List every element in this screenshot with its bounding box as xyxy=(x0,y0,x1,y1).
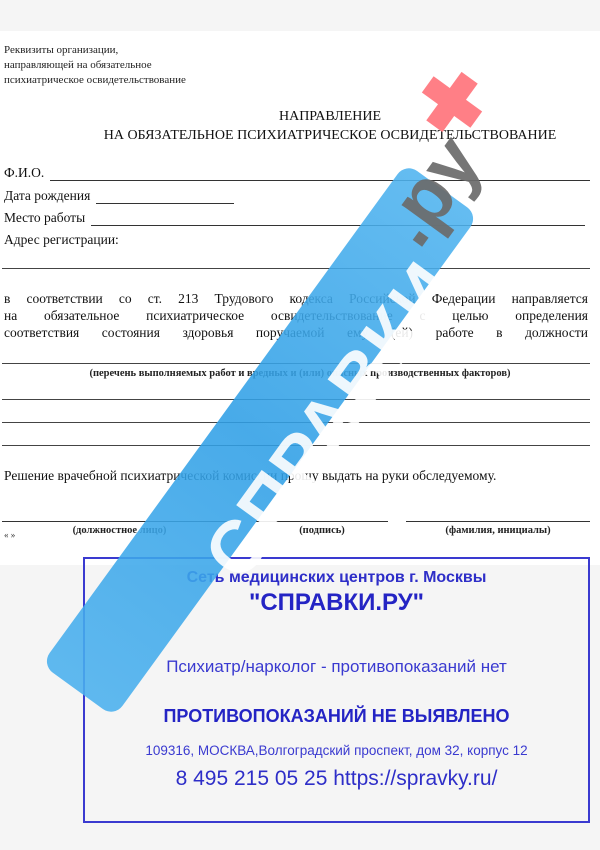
fio-label: Ф.И.О. xyxy=(4,165,44,181)
workplace-line[interactable] xyxy=(91,211,585,226)
address-field: Адрес регистрации: xyxy=(4,232,119,248)
name-label: (фамилия, инициалы) xyxy=(406,525,590,536)
stamp-doctor: Психиатр/нарколог - противопоказаний нет xyxy=(85,657,588,677)
name-line[interactable] xyxy=(406,521,590,522)
organization-requisites: Реквизиты организации, направляющей на о… xyxy=(4,43,186,88)
org-requisites-line: направляющей на обязательное xyxy=(4,58,186,73)
stamp-address: 109316, МОСКВА,Волгоградский проспект, д… xyxy=(85,743,588,758)
birth-date-label: Дата рождения xyxy=(4,188,90,204)
stamp-result: ПРОТИВОПОКАЗАНИЙ НЕ ВЫЯВЛЕНО xyxy=(85,706,588,727)
document-subtitle: НА ОБЯЗАТЕЛЬНОЕ ПСИХИАТРИЧЕСКОЕ ОСВИДЕТЕ… xyxy=(30,126,600,145)
workplace-field: Место работы xyxy=(4,210,585,226)
date-quotes: « » xyxy=(4,530,15,540)
document-title: НАПРАВЛЕНИЕ xyxy=(30,107,600,126)
org-requisites-line: психиатрическое освидетельствование xyxy=(4,73,186,88)
stamp-contact[interactable]: 8 495 215 05 25 https://spravky.ru/ xyxy=(85,767,588,791)
birth-date-field: Дата рождения xyxy=(4,188,234,204)
org-requisites-line: Реквизиты организации, xyxy=(4,43,186,58)
birth-date-line[interactable] xyxy=(96,189,234,204)
address-line[interactable] xyxy=(2,268,590,269)
address-label: Адрес регистрации: xyxy=(4,232,119,248)
fio-field: Ф.И.О. xyxy=(4,165,590,181)
paragraph-line: в соответствии со ст. 213 Трудового коде… xyxy=(4,290,588,307)
fio-line[interactable] xyxy=(50,166,590,181)
workplace-label: Место работы xyxy=(4,210,85,226)
